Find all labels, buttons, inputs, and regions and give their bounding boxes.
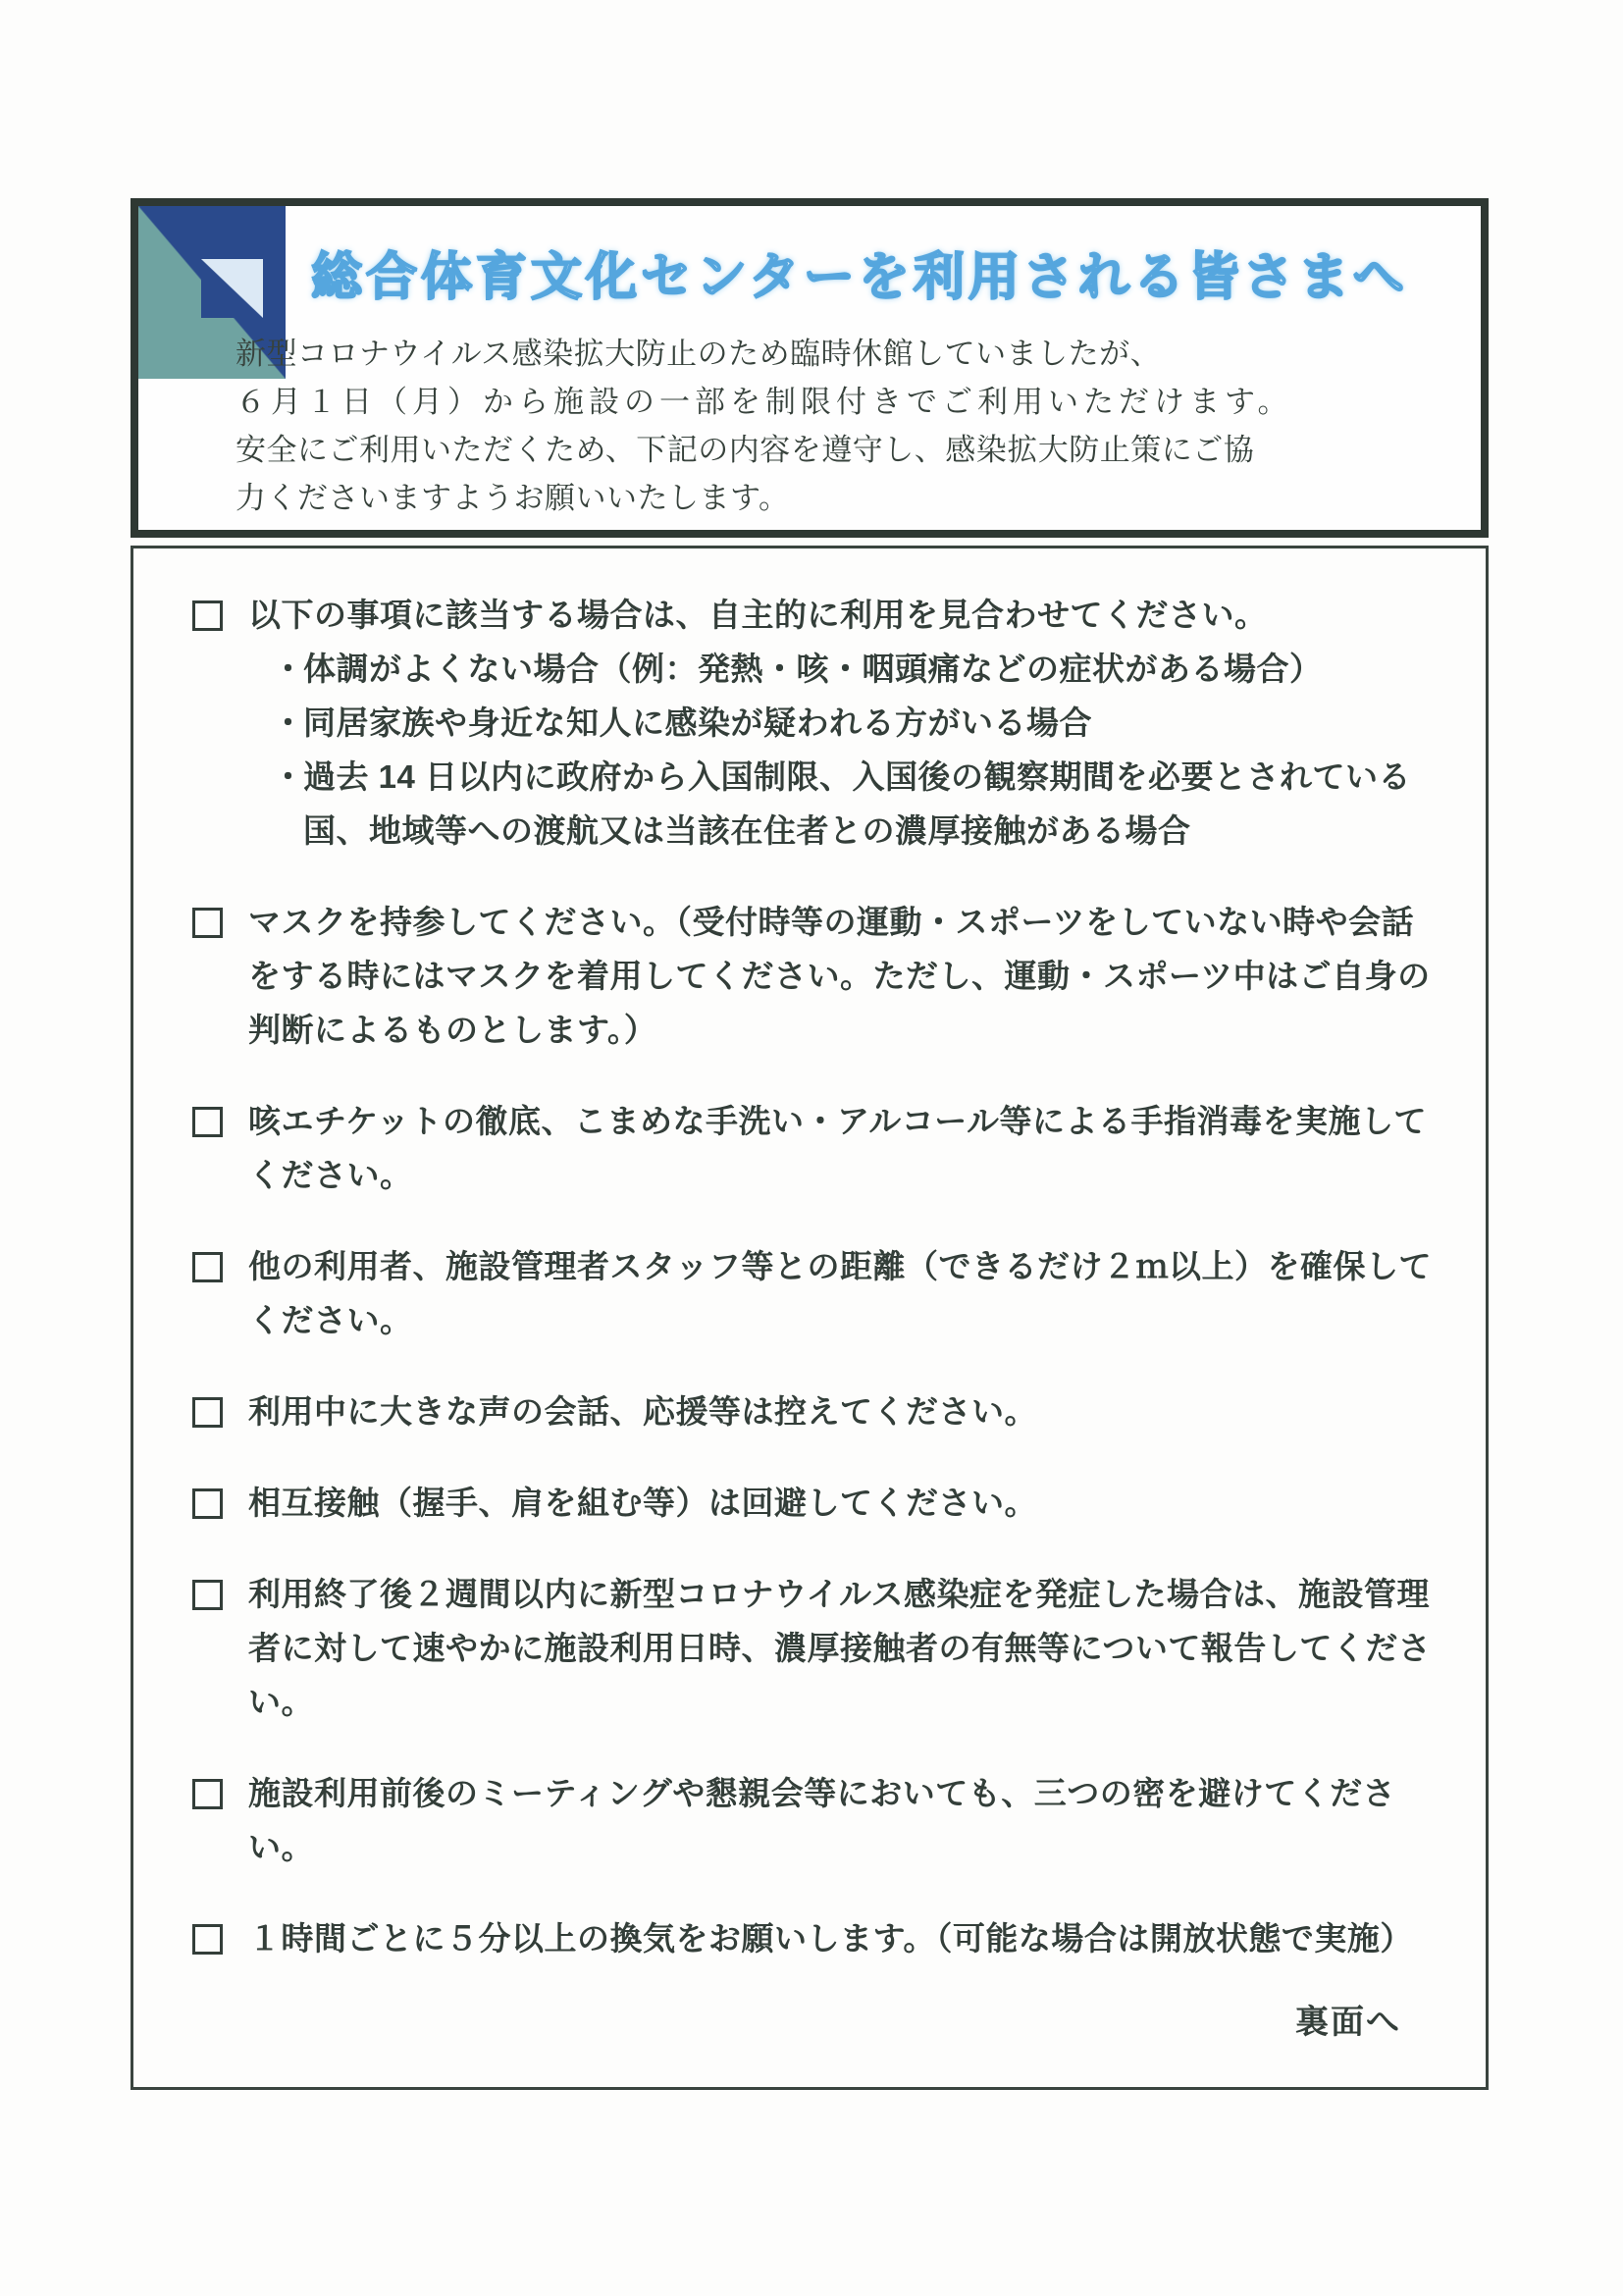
checkbox-icon	[192, 1580, 223, 1610]
checklist-item-text: 利用中に大きな声の会話、応援等は控えてください。	[248, 1384, 1442, 1438]
checklist-item-text: 施設利用前後のミーティングや懇親会等においても、三つの密を避けてください。	[248, 1766, 1442, 1874]
checklist-item-meetings: 施設利用前後のミーティングや懇親会等においても、三つの密を避けてください。	[192, 1766, 1442, 1874]
bullet-item: ・ 同居家族や身近な知人に感染が疑われる方がいる場合	[272, 696, 1442, 750]
checklist-item-text: 利用終了後２週間以内に新型コロナウイルス感染症を発症した場合は、施設管理者に対し…	[248, 1567, 1442, 1729]
notice-title: 総合体育文化センターを利用される皆さまへ	[311, 235, 1408, 309]
checkbox-icon	[192, 908, 223, 938]
intro-paragraph: 新型コロナウイルス感染拡大防止のため臨時休館していましたが、 ６月１日（月）から…	[236, 330, 1293, 522]
checklist-item-report-infection: 利用終了後２週間以内に新型コロナウイルス感染症を発症した場合は、施設管理者に対し…	[192, 1567, 1442, 1729]
checkbox-icon	[192, 1397, 223, 1428]
checklist-item-text: 以下の事項に該当する場合は、自主的に利用を見合わせてください。	[248, 588, 1442, 642]
bullet-item: ・ 体調がよくない場合（例：発熱・咳・咽頭痛などの症状がある場合）	[272, 642, 1442, 696]
intro-line: ６月１日（月）から施設の一部を制限付きでご利用いただけます。	[236, 378, 1293, 426]
intro-line: 力くださいますようお願いいたします。	[236, 474, 1293, 522]
checkbox-icon	[192, 1488, 223, 1519]
logo-inner-square	[201, 259, 263, 318]
checklist-item-self-restraint: 以下の事項に該当する場合は、自主的に利用を見合わせてください。 ・ 体調がよくな…	[192, 588, 1442, 858]
checklist-item-cough-etiquette: 咳エチケットの徹底、こまめな手洗い・アルコール等による手指消毒を実施してください…	[192, 1094, 1442, 1202]
checklist-item-text: 他の利用者、施設管理者スタッフ等との距離（できるだけ２ｍ以上）を確保してください…	[248, 1239, 1442, 1347]
bullet-marker: ・	[272, 696, 303, 750]
intro-line: 新型コロナウイルス感染拡大防止のため臨時休館していましたが、	[236, 330, 1293, 378]
bullet-text: 過去 14 日以内に政府から入国制限、入国後の観察期間を必要とされている国、地域…	[303, 750, 1442, 858]
checklist-item-text: マスクを持参してください。（受付時等の運動・スポーツをしていない時や会話をする時…	[248, 895, 1442, 1057]
checkbox-icon	[192, 1779, 223, 1809]
checkbox-icon	[192, 1252, 223, 1282]
back-page-note: 裏面へ	[1295, 1995, 1401, 2043]
bullet-text: 同居家族や身近な知人に感染が疑われる方がいる場合	[303, 696, 1442, 750]
checklist-item-distance: 他の利用者、施設管理者スタッフ等との距離（できるだけ２ｍ以上）を確保してください…	[192, 1239, 1442, 1347]
checklist-item-text: １時間ごとに５分以上の換気をお願いします。（可能な場合は開放状態で実施）	[248, 1911, 1442, 1965]
bullet-text: 体調がよくない場合（例：発熱・咳・咽頭痛などの症状がある場合）	[303, 642, 1442, 696]
checkbox-icon	[192, 1107, 223, 1137]
guidelines-box: 以下の事項に該当する場合は、自主的に利用を見合わせてください。 ・ 体調がよくな…	[131, 546, 1489, 2090]
bullet-marker: ・	[272, 750, 303, 858]
checklist-item-loud-voice: 利用中に大きな声の会話、応援等は控えてください。	[192, 1384, 1442, 1438]
checklist-item-text: 咳エチケットの徹底、こまめな手洗い・アルコール等による手指消毒を実施してください…	[248, 1094, 1442, 1202]
bullet-item: ・ 過去 14 日以内に政府から入国制限、入国後の観察期間を必要とされている国、…	[272, 750, 1442, 858]
document-page: 総合体育文化センターを利用される皆さまへ 新型コロナウイルス感染拡大防止のため臨…	[0, 0, 1623, 2296]
checkbox-icon	[192, 600, 223, 631]
header-notice-box: 総合体育文化センターを利用される皆さまへ 新型コロナウイルス感染拡大防止のため臨…	[131, 198, 1489, 538]
checklist-item-text: 相互接触（握手、肩を組む等）は回避してください。	[248, 1476, 1442, 1530]
checklist-item-ventilation: １時間ごとに５分以上の換気をお願いします。（可能な場合は開放状態で実施）	[192, 1911, 1442, 1965]
intro-line: 安全にご利用いただくため、下記の内容を遵守し、感染拡大防止策にご協	[236, 426, 1293, 474]
bullet-list: ・ 体調がよくない場合（例：発熱・咳・咽頭痛などの症状がある場合） ・ 同居家族…	[272, 642, 1442, 858]
checklist-item-contact: 相互接触（握手、肩を組む等）は回避してください。	[192, 1476, 1442, 1530]
checklist-item-mask: マスクを持参してください。（受付時等の運動・スポーツをしていない時や会話をする時…	[192, 895, 1442, 1057]
checkbox-icon	[192, 1924, 223, 1955]
bullet-marker: ・	[272, 642, 303, 696]
